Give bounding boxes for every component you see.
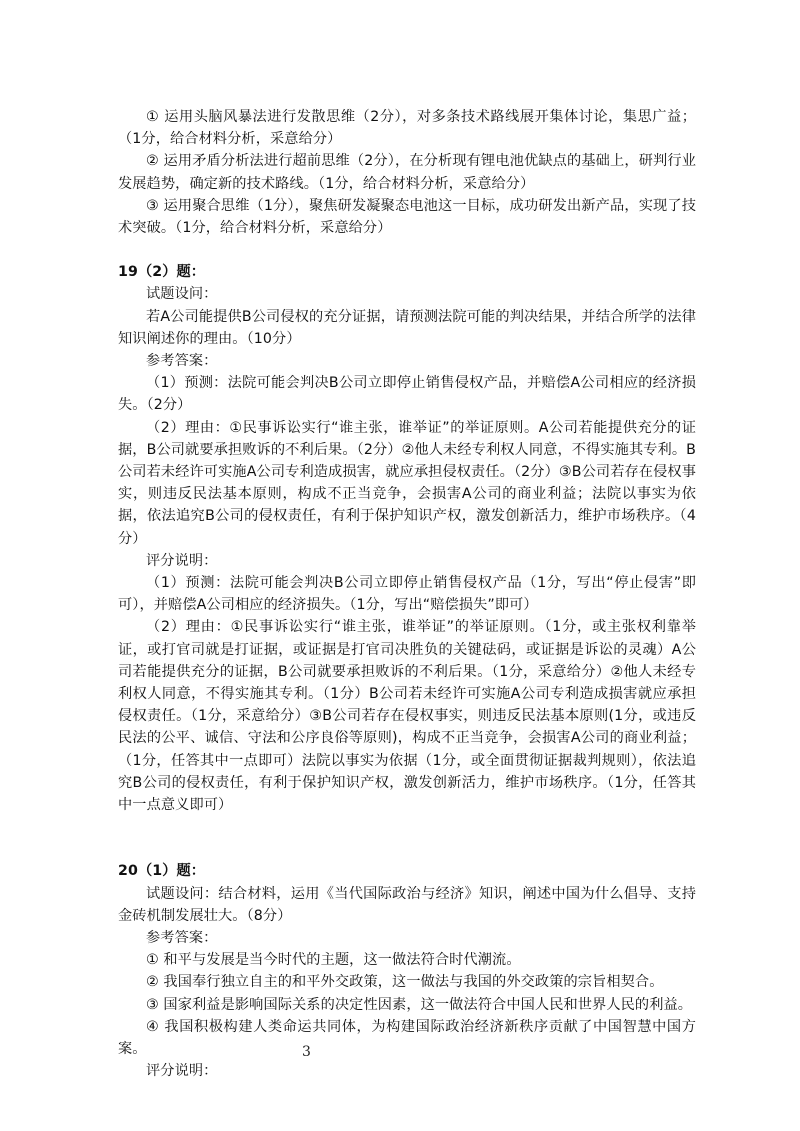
answer-label: 参考答案：: [118, 927, 696, 949]
answer-item: ② 运用矛盾分析法进行超前思维（2分），在分析现有锂电池优缺点的基础上，研判行业…: [118, 150, 696, 194]
answer-item: （1）预测：法院可能会判决B公司立即停止销售侵权产品，并赔偿A公司相应的经济损失…: [118, 372, 696, 416]
q18-answer-continuation: ① 运用头脑风暴法进行发散思维（2分），对多条技术路线展开集体讨论，集思广益；（…: [118, 106, 696, 239]
answer-item: ④ 我国积极构建人类命运共同体，为构建国际政治经济新秩序贡献了中国智慧中国方案。: [118, 1016, 696, 1060]
document-page: ① 运用头脑风暴法进行发散思维（2分），对多条技术路线展开集体讨论，集思广益；（…: [118, 106, 696, 1082]
scoring-item: （1）预测：法院可能会判决B公司立即停止销售侵权产品（1分，写出“停止侵害”即可…: [118, 572, 696, 616]
answer-item: ③ 运用聚合思维（1分），聚焦研发凝聚态电池这一目标，成功研发出新产品，实现了技…: [118, 195, 696, 239]
scoring-item: （2）理由：①民事诉讼实行“谁主张，谁举证”的举证原则。（1分，或主张权利靠举证…: [118, 616, 696, 816]
question-19-2: 19（2）题： 试题设问： 若A公司能提供B公司侵权的充分证据，请预测法院可能的…: [118, 261, 696, 816]
answer-item: ① 和平与发展是当今时代的主题，这一做法符合时代潮流。: [118, 949, 696, 971]
answer-item: ① 运用头脑风暴法进行发散思维（2分），对多条技术路线展开集体讨论，集思广益；（…: [118, 106, 696, 150]
prompt-label: 试题设问：: [118, 283, 696, 305]
spacer: [118, 239, 696, 261]
prompt-text: 若A公司能提供B公司侵权的充分证据，请预测法院可能的判决结果，并结合所学的法律知…: [118, 306, 696, 350]
answer-item: ② 我国奉行独立自主的和平外交政策，这一做法与我国的外交政策的宗旨相契合。: [118, 971, 696, 993]
page-number: 3: [302, 1044, 311, 1060]
question-20-1: 20（1）题： 试题设问：结合材料，运用《当代国际政治与经济》知识，阐述中国为什…: [118, 860, 696, 1082]
scoring-label: 评分说明：: [118, 1060, 696, 1082]
prompt-text: 试题设问：结合材料，运用《当代国际政治与经济》知识，阐述中国为什么倡导、支持金砖…: [118, 883, 696, 927]
question-heading: 19（2）题：: [118, 261, 696, 283]
question-heading: 20（1）题：: [118, 860, 696, 882]
spacer: [118, 816, 696, 860]
scoring-label: 评分说明：: [118, 550, 696, 572]
answer-item: ③ 国家利益是影响国际关系的决定性因素，这一做法符合中国人民和世界人民的利益。: [118, 994, 696, 1016]
answer-item: （2）理由：①民事诉讼实行“谁主张，谁举证”的举证原则。A公司若能提供充分的证据…: [118, 417, 696, 550]
answer-label: 参考答案：: [118, 350, 696, 372]
